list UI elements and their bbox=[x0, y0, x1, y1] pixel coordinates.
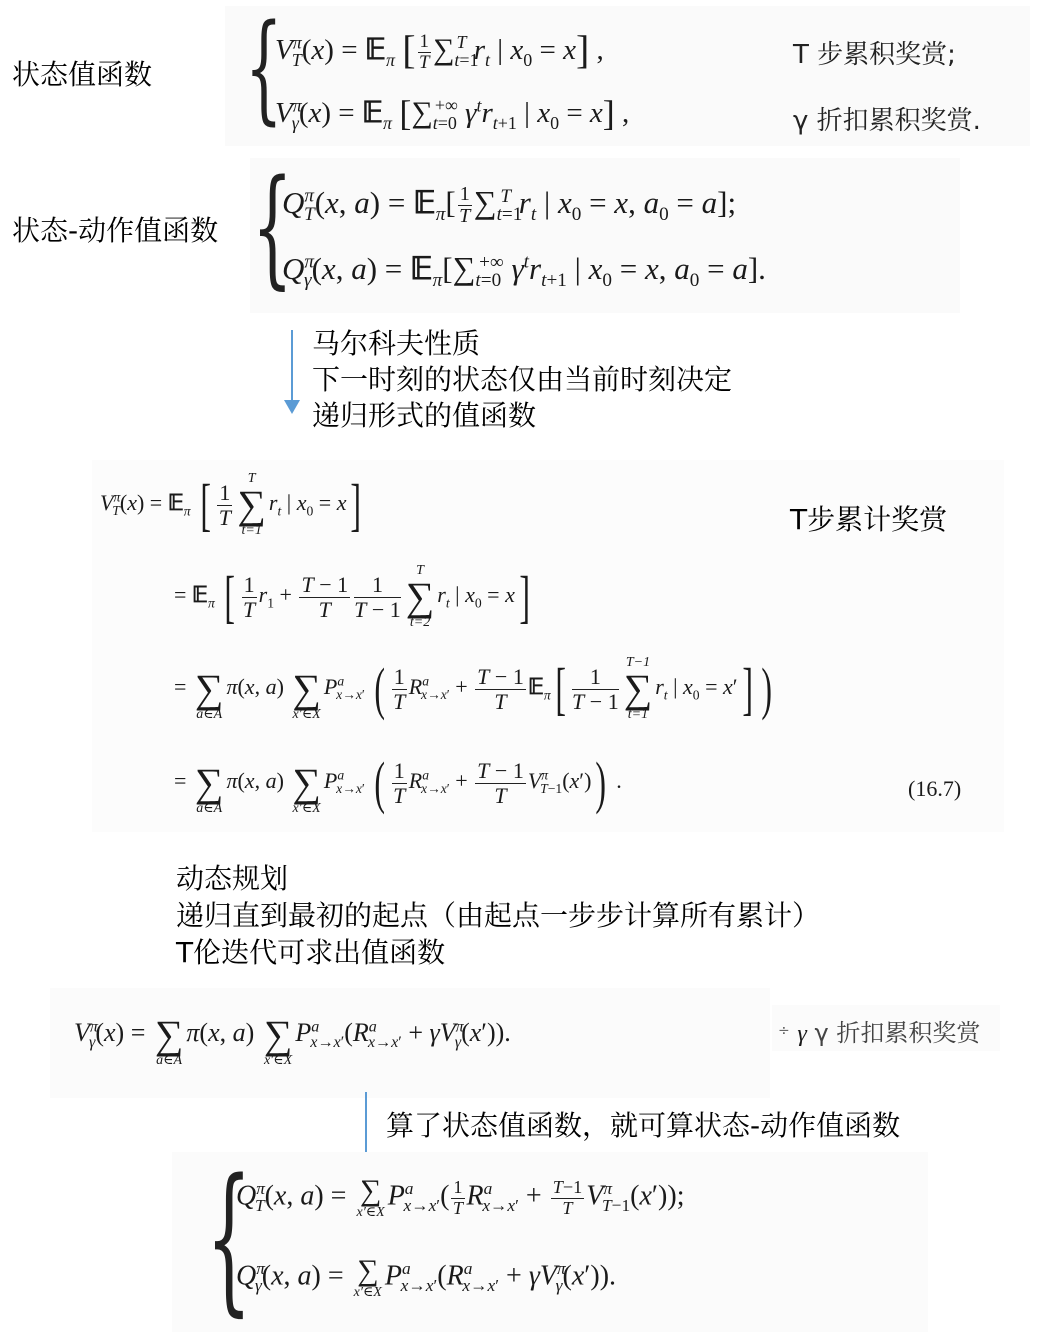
derivation-line-4: = ∑a∈Aπ(x, a) ∑x′∈XPax→x′ (1TRax→x′ + T … bbox=[174, 750, 622, 816]
markov-annotation: 马尔科夫性质 下一时刻的状态仅由当前时刻决定 递归形式的值函数 bbox=[312, 326, 732, 434]
derivation-line-2: = 𝔼π [1Tr1 + T − 1T1T − 1T∑t=2rt | x0 = … bbox=[174, 564, 534, 630]
derivation-line-1: VπT(x) = 𝔼π [1TT∑t=1rt | x0 = x] bbox=[100, 472, 366, 538]
note-gamma-discount-2: ÷ γ γ 折扣累积奖赏 bbox=[778, 1013, 980, 1048]
compute-q-annotation: 算了状态值函数，就可算状态-动作值函数 bbox=[386, 1108, 900, 1144]
annotation-line: T伦迭代可求出值函数 bbox=[176, 934, 820, 971]
down-arrow-icon bbox=[291, 330, 293, 402]
annotation-line: 马尔科夫性质 bbox=[312, 326, 732, 362]
gamma-note-text: γ 折扣累积奖赏 bbox=[814, 1019, 980, 1047]
equation-v-t: VπT(x) = 𝔼π [1T∑t=1T rt | x0 = x] , bbox=[275, 26, 604, 73]
down-arrow-head-icon bbox=[284, 400, 300, 414]
note-gamma-discount: γ 折扣累积奖赏. bbox=[793, 100, 981, 137]
equation-number: (16.7) bbox=[908, 776, 961, 802]
equation-q-gamma: Qπγ(x, a) = 𝔼π[∑t=0+∞ γtrt+1 | x0 = x, a… bbox=[282, 250, 766, 287]
derivation-block: VπT(x) = 𝔼π [1TT∑t=1rt | x0 = x] T步累计奖赏 … bbox=[92, 460, 1004, 832]
annotation-line: 递归形式的值函数 bbox=[312, 398, 732, 434]
equation-v-gamma: Vπγ(x) = 𝔼π [∑t=0+∞ γtrt+1 | x0 = x] , bbox=[275, 92, 629, 134]
annotation-line: 递归直到最初的起点（由起点一步步计算所有累计） bbox=[176, 897, 820, 934]
state-value-label: 状态值函数 bbox=[12, 58, 152, 92]
state-value-equations: { VπT(x) = 𝔼π [1T∑t=1T rt | x0 = x] , T … bbox=[225, 6, 1030, 146]
gamma-note-panel: ÷ γ γ 折扣累积奖赏 bbox=[772, 1005, 1000, 1051]
annotation-line: 下一时刻的状态仅由当前时刻决定 bbox=[312, 362, 732, 398]
equation-q-t: QπT(x, a) = 𝔼π[1T∑t=1T rt | x0 = x, a0 =… bbox=[282, 184, 736, 228]
state-action-value-label: 状态-动作值函数 bbox=[12, 214, 218, 248]
note-t-step: T 步累积奖赏; bbox=[793, 34, 956, 71]
derivation-line-3: = ∑a∈Aπ(x, a) ∑x′∈XPax→x′ (1TRax→x′ + T … bbox=[174, 656, 776, 722]
q-value-equations: { QπT(x, a) = ∑x′∈XPax→x′(1TRax→x′ + T−1… bbox=[172, 1152, 928, 1332]
equation-q-gamma-recursive: Qπγ(x, a) = ∑x′∈XPax→x′(Rax→x′ + γVπγ(x′… bbox=[236, 1256, 616, 1300]
dynamic-programming-annotation: 动态规划 递归直到最初的起点（由起点一步步计算所有累计） T伦迭代可求出值函数 bbox=[176, 860, 820, 971]
equation-v-gamma-recursive: Vπγ(x) = ∑a∈Aπ(x, a) ∑x′∈XPax→x′(Rax→x′ … bbox=[74, 1002, 511, 1068]
equation-q-t-recursive: QπT(x, a) = ∑x′∈XPax→x′(1TRax→x′ + T−1TV… bbox=[236, 1176, 684, 1220]
note-t-step-cumulative: T步累计奖赏 bbox=[790, 498, 947, 538]
annotation-line: 动态规划 bbox=[176, 860, 820, 897]
gamma-bellman-equation: Vπγ(x) = ∑a∈Aπ(x, a) ∑x′∈XPax→x′(Rax→x′ … bbox=[50, 988, 770, 1098]
state-action-value-equations: { QπT(x, a) = 𝔼π[1T∑t=1T rt | x0 = x, a0… bbox=[250, 158, 960, 313]
